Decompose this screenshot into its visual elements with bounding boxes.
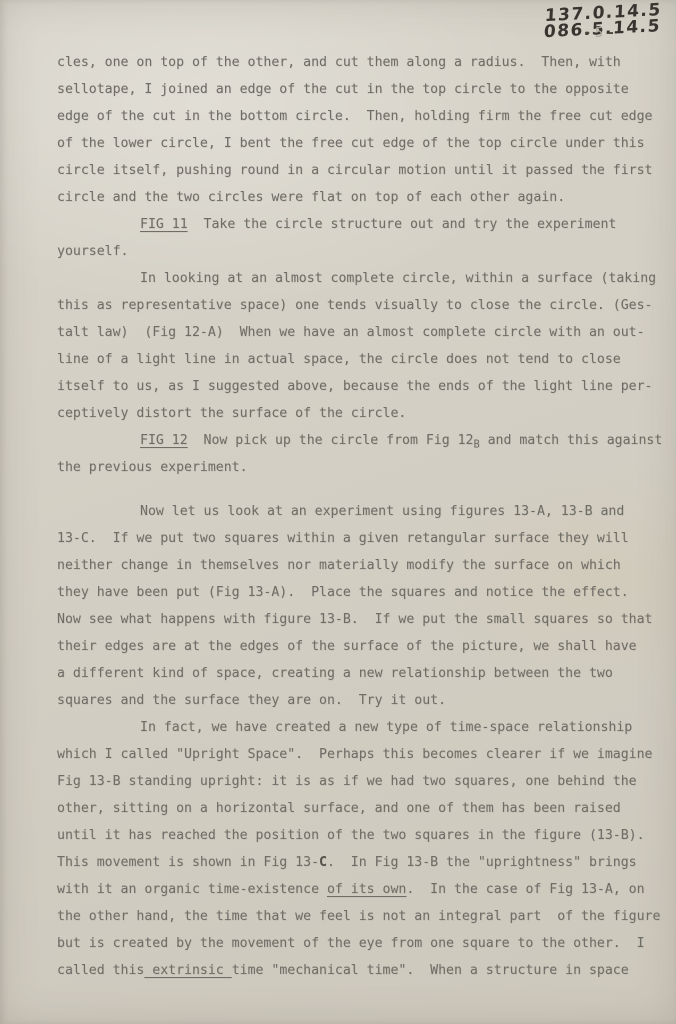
- document-line: FIG 11 Take the circle structure out and…: [57, 215, 666, 242]
- document-line: they have been put (Fig 13-A). Place the…: [57, 583, 666, 610]
- text-segment: Now see what happens with figure 13-B. I…: [57, 612, 652, 627]
- document-line: Now see what happens with figure 13-B. I…: [57, 610, 666, 637]
- document-line: edge of the cut in the bottom circle. Th…: [57, 107, 666, 134]
- document-line: the other hand, the time that we feel is…: [57, 907, 666, 934]
- document-line: In fact, we have created a new type of t…: [57, 718, 666, 745]
- document-line: the previous experiment.: [57, 458, 666, 485]
- text-segment: this as representative space) one tends …: [57, 298, 652, 313]
- document-line: itself to us, as I suggested above, beca…: [57, 377, 666, 404]
- document-line: Now let us look at an experiment using f…: [57, 502, 666, 529]
- text-segment: and match this against: [480, 433, 663, 448]
- text-segment: C: [319, 855, 327, 870]
- document-line: other, sitting on a horizontal surface, …: [57, 799, 666, 826]
- document-line: talt law) (Fig 12-A) When we have an alm…: [57, 323, 666, 350]
- text-segment: . In Fig 13-B the "uprightness" brings: [327, 855, 637, 870]
- document-line: Fig 13-B standing upright: it is as if w…: [57, 772, 666, 799]
- text-segment: their edges are at the edges of the surf…: [57, 639, 637, 654]
- text-segment: circle itself, pushing round in a circul…: [57, 163, 652, 178]
- text-segment: cles, one on top of the other, and cut t…: [57, 55, 621, 70]
- document-line: until it has reached the position of the…: [57, 826, 666, 853]
- text-segment: . In the case of Fig 13-A, on: [406, 882, 644, 897]
- text-segment: line of a light line in actual space, th…: [57, 352, 621, 367]
- text-segment: In fact, we have created a new type of t…: [140, 720, 632, 735]
- text-segment: Now pick up the circle from Fig 12: [188, 433, 474, 448]
- text-segment: This movement is shown in Fig 13-: [57, 855, 319, 870]
- text-segment: FIG 11: [140, 217, 188, 232]
- text-segment: FIG 12: [140, 433, 188, 448]
- document-line: with it an organic time-existence of its…: [57, 880, 666, 907]
- document-line: line of a light line in actual space, th…: [57, 350, 666, 377]
- document-line: squares and the surface they are on. Try…: [57, 691, 666, 718]
- text-segment: Take the circle structure out and try th…: [188, 217, 617, 232]
- text-segment: the previous experiment.: [57, 460, 248, 475]
- document-line: of the lower circle, I bent the free cut…: [57, 134, 666, 161]
- text-segment: other, sitting on a horizontal surface, …: [57, 801, 621, 816]
- text-segment: the other hand, the time that we feel is…: [57, 909, 660, 924]
- document-line: sellotape, I joined an edge of the cut i…: [57, 80, 666, 107]
- text-segment: circle and the two circles were flat on …: [57, 190, 565, 205]
- text-segment: sellotape, I joined an edge of the cut i…: [57, 82, 629, 97]
- document-line: which I called "Upright Space". Perhaps …: [57, 745, 666, 772]
- document-line: ceptively distort the surface of the cir…: [57, 404, 666, 431]
- text-segment: itself to us, as I suggested above, beca…: [57, 379, 652, 394]
- page-number-value: 5: [590, 25, 608, 41]
- document-line: 13-C. If we put two squares within a giv…: [57, 529, 666, 556]
- text-segment: with it an organic time-existence: [57, 882, 327, 897]
- document-body: cles, one on top of the other, and cut t…: [57, 53, 666, 988]
- text-segment: In looking at an almost complete circle,…: [140, 271, 656, 286]
- text-segment: Now let us look at an experiment using f…: [140, 504, 624, 519]
- document-line: neither change in themselves nor materia…: [57, 556, 666, 583]
- document-line: This movement is shown in Fig 13-C. In F…: [57, 853, 666, 880]
- text-segment: squares and the surface they are on. Try…: [57, 693, 446, 708]
- page-number-dash-right: -: [608, 25, 614, 41]
- text-segment: 13-C. If we put two squares within a giv…: [57, 531, 629, 546]
- text-segment: which I called "Upright Space". Perhaps …: [57, 747, 652, 762]
- text-segment: neither change in themselves nor materia…: [57, 558, 621, 573]
- text-segment: a different kind of space, creating a ne…: [57, 666, 613, 681]
- document-line: circle itself, pushing round in a circul…: [57, 161, 666, 188]
- page-number: -5-: [571, 26, 627, 40]
- document-line: this as representative space) one tends …: [57, 296, 666, 323]
- text-segment: of the lower circle, I bent the free cut…: [57, 136, 645, 151]
- text-segment: talt law) (Fig 12-A) When we have an alm…: [57, 325, 645, 340]
- text-segment: ceptively distort the surface of the cir…: [57, 406, 406, 421]
- document-line: yourself.: [57, 242, 666, 269]
- text-segment: they have been put (Fig 13-A). Place the…: [57, 585, 629, 600]
- text-segment: called this: [57, 963, 144, 978]
- document-line: their edges are at the edges of the surf…: [57, 637, 666, 664]
- text-segment: but is created by the movement of the ey…: [57, 936, 645, 951]
- text-segment: extrinsic: [144, 963, 231, 978]
- text-segment: edge of the cut in the bottom circle. Th…: [57, 109, 652, 124]
- text-segment: time "mechanical time". When a structure…: [232, 963, 629, 978]
- document-line: circle and the two circles were flat on …: [57, 188, 666, 215]
- text-segment: Fig 13-B standing upright: it is as if w…: [57, 774, 637, 789]
- document-line: In looking at an almost complete circle,…: [57, 269, 666, 296]
- text-segment: yourself.: [57, 244, 128, 259]
- document-line: FIG 12 Now pick up the circle from Fig 1…: [57, 431, 666, 458]
- text-segment: until it has reached the position of the…: [57, 828, 645, 843]
- document-line: a different kind of space, creating a ne…: [57, 664, 666, 691]
- text-segment: of its own: [327, 882, 406, 897]
- scanned-page: 137.0.14.5 086.5.14.5 -5- cles, one on t…: [0, 0, 676, 1024]
- document-line: called this extrinsic time "mechanical t…: [57, 961, 666, 988]
- document-line: but is created by the movement of the ey…: [57, 934, 666, 961]
- document-line: cles, one on top of the other, and cut t…: [57, 53, 666, 80]
